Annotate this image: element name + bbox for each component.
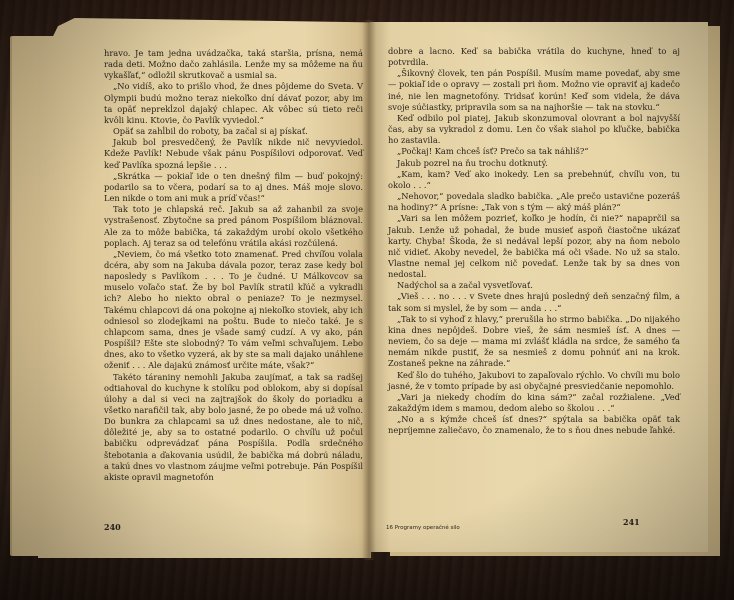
right-page: dobre a lacno. Keď sa babička vrátila do… — [370, 22, 708, 552]
paragraph: Keď šlo do tuhého, Jakubovi to zapaľoval… — [388, 370, 680, 392]
paragraph: Opäť sa zahĺbil do roboty, ba začal si a… — [104, 126, 363, 137]
paragraph: „Neviem, čo má všetko toto znamenať. Pre… — [104, 249, 363, 372]
paragraph: „No vidíš, ako to prišlo vhod, že dnes p… — [104, 81, 363, 126]
paragraph: „Šikovný človek, ten pán Pospíšil. Musím… — [388, 68, 680, 113]
paragraph: „Vieš . . . no . . . v Svete dnes hrajú … — [388, 291, 680, 313]
paragraph: dobre a lacno. Keď sa babička vrátila do… — [388, 46, 680, 68]
page-number-right: 241 — [623, 517, 640, 527]
paragraph: „Kam, kam? Veď ako inokedy. Len sa prebe… — [388, 169, 680, 191]
paragraph: Jakub pozrel na ňu trochu dotknutý. — [388, 158, 680, 169]
paragraph: „Nehovor,“ povedala sladko babička. „Ale… — [388, 191, 680, 213]
paragraph: „Tak to si vyhoď z hlavy,“ prerušila ho … — [388, 314, 680, 370]
page-number-left: 240 — [104, 522, 121, 532]
paragraph: Tak toto je chlapská reč. Jakub sa až za… — [104, 204, 363, 249]
paragraph: Jakub bol presvedčený, že Pavlík nikde n… — [104, 137, 363, 170]
paragraph: Nadýchol sa a začal vysvetľovať. — [388, 280, 680, 291]
paragraph: „No a s kýmže chceš ísť dnes?“ spýtala s… — [388, 414, 680, 436]
paragraph: Keď odbilo pol piatej, Jakub skonzumoval… — [388, 113, 680, 146]
paragraph: „Počkaj! Kam chceš ísť? Prečo sa tak náh… — [388, 146, 680, 157]
printer-signature-mark: 16 Programy operačné silo — [386, 525, 460, 531]
paragraph: „Skrátka — pokiaľ ide o ten dnešný film … — [104, 171, 363, 204]
paragraph: „Vari sa len môžem pozrieť, koľko je hod… — [388, 213, 680, 280]
paragraph: hravo. Je tam jedna uvádzačka, taká star… — [104, 48, 363, 81]
paragraph: „Vari ja niekedy chodím do kina sám?“ za… — [388, 392, 680, 414]
paragraph: Takéto táraniny nemohli Jakuba zaujímať,… — [104, 372, 363, 484]
book-gutter — [362, 20, 376, 560]
left-page: hravo. Je tam jedna uvádzačka, taká star… — [38, 18, 371, 558]
